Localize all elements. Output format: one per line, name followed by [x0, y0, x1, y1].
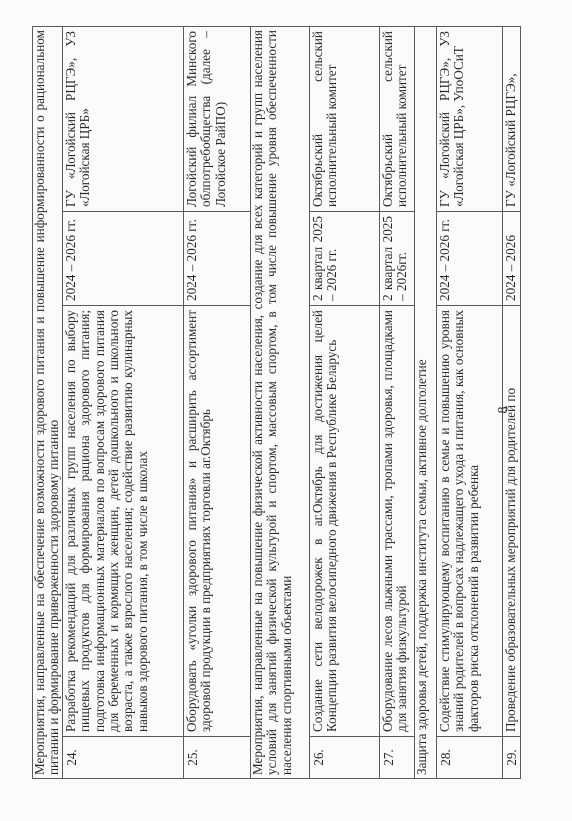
row-executor: ГУ «Логойский РЦГЭ», УЗ «Логойская ЦРБ» [62, 27, 183, 212]
row-number: 24. [62, 737, 183, 779]
row-period: 2024 – 2026 гг. [436, 212, 502, 306]
row-period: 2 квартал 2025 – 2026гг. [379, 212, 414, 306]
row-description: Оборудование лесов лыжными трассами, тро… [379, 306, 414, 737]
table-row: 28. Содействие стимулирующему воспитанию… [436, 27, 502, 779]
rotated-page-content: Мероприятия, направленные на обеспечение… [32, 27, 517, 779]
section-header-row: Мероприятия, направленные на обеспечение… [33, 27, 63, 779]
action-plan-table: Мероприятия, направленные на обеспечение… [32, 26, 521, 779]
section-title: Мероприятия, направленные на обеспечение… [33, 27, 63, 779]
row-period: 2024 – 2026 [502, 212, 520, 306]
row-number: 25. [183, 737, 250, 779]
row-description: Разработка рекомендаций для различных гр… [62, 306, 183, 737]
row-executor: Логойский филиал Минского облпотребобщес… [183, 27, 250, 212]
row-description: Содействие стимулирующему воспитанию в с… [436, 306, 502, 737]
row-executor: Октябрьский сельский исполнительный коми… [379, 27, 414, 212]
table-row: 26. Создание сети велодорожек в аг.Октяб… [309, 27, 379, 779]
table-row: 25. Оборудовать «уголки здорового питани… [183, 27, 250, 779]
row-description: Создание сети велодорожек в аг.Октябрь д… [309, 306, 379, 737]
row-description: Проведение образовательных мероприятий д… [502, 306, 520, 737]
row-executor: Октябрьский сельский исполнительный коми… [309, 27, 379, 212]
row-description: Оборудовать «уголки здорового питания» и… [183, 306, 250, 737]
table-row: 24. Разработка рекомендаций для различны… [62, 27, 183, 779]
row-number: 26. [309, 737, 379, 779]
section-title: Защита здоровья детей, поддержка институ… [414, 27, 436, 779]
section-header-row: Мероприятия, направленные на повышение ф… [250, 27, 309, 779]
row-executor: ГУ «Логойский РЦГЭ», УЗ «Логойская ЦРБ»,… [436, 27, 502, 212]
row-period: 2024 – 2026 гг. [62, 212, 183, 306]
row-executor: ГУ «Логойский РЦГЭ», [502, 27, 520, 212]
page-number: 8 [494, 400, 514, 420]
row-period: 2024 – 2026 гг. [183, 212, 250, 306]
section-header-row: Защита здоровья детей, поддержка институ… [414, 27, 436, 779]
table-row: 27. Оборудование лесов лыжными трассами,… [379, 27, 414, 779]
row-number: 29. [502, 737, 520, 779]
row-number: 27. [379, 737, 414, 779]
row-period: 2 квартал 2025 – 2026 гг. [309, 212, 379, 306]
row-number: 28. [436, 737, 502, 779]
section-title: Мероприятия, направленные на повышение ф… [250, 27, 309, 779]
